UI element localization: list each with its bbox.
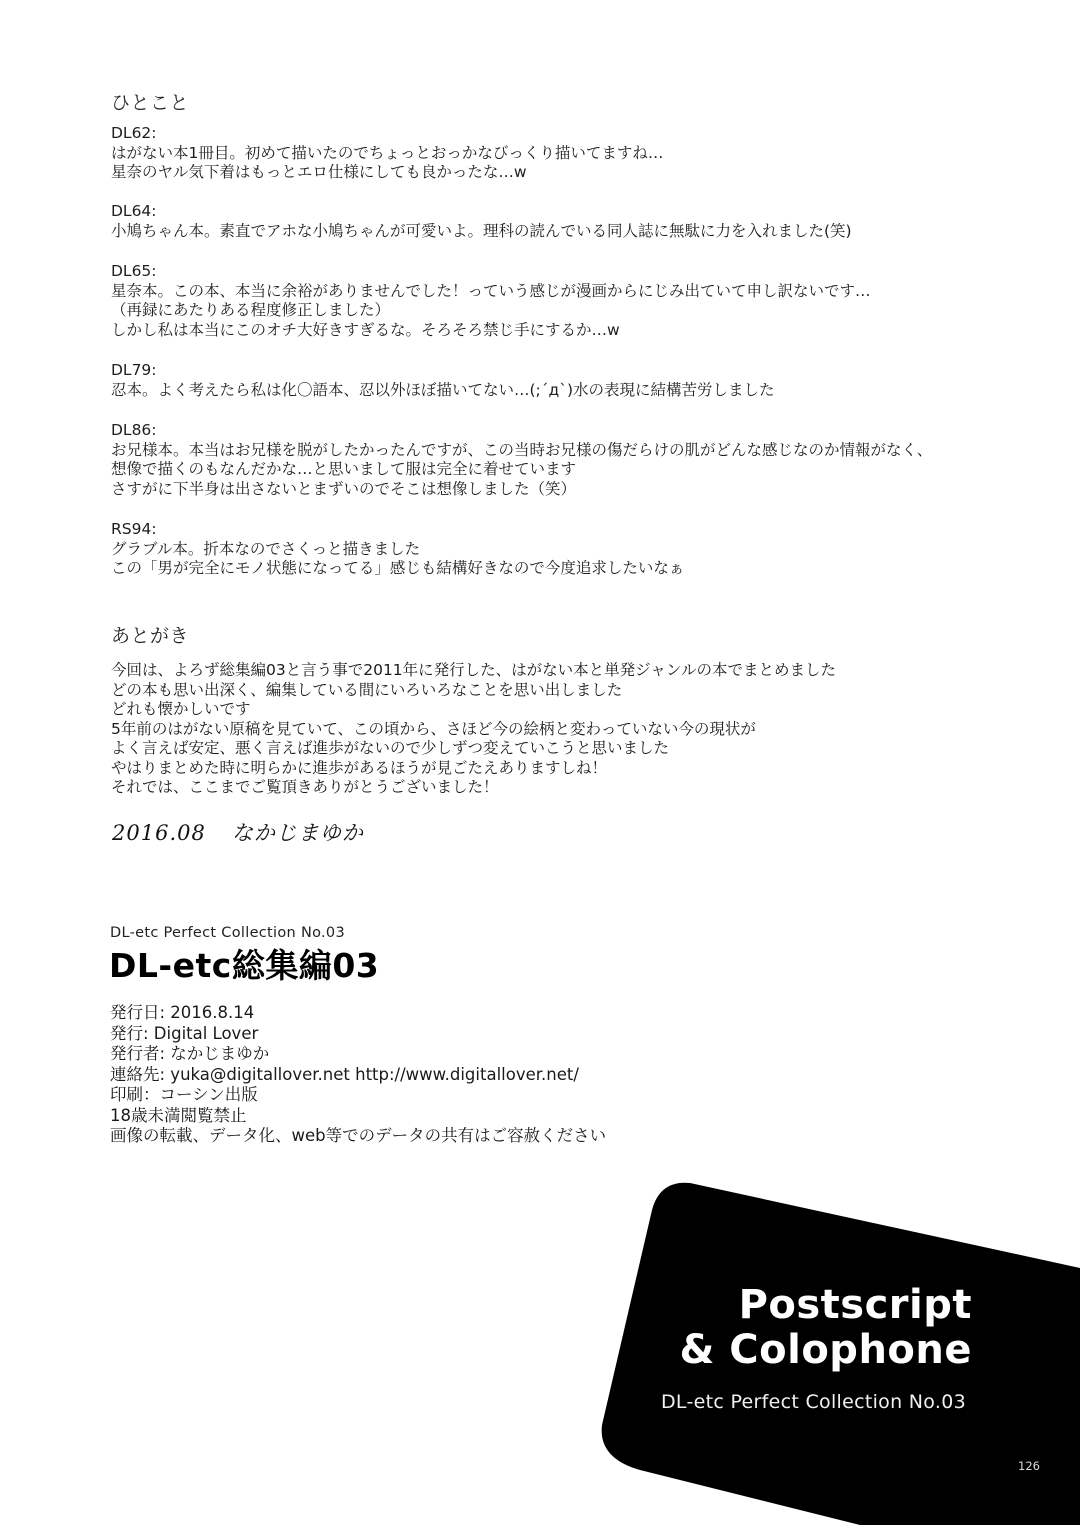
banner-title-line2: & Colophone — [679, 1328, 972, 1373]
banner-title-line1: Postscript — [679, 1283, 972, 1328]
page-number: 126 — [1018, 1459, 1040, 1473]
banner-subtitle: DL-etc Perfect Collection No.03 — [661, 1391, 966, 1413]
banner-title: Postscript & Colophone — [679, 1283, 972, 1373]
